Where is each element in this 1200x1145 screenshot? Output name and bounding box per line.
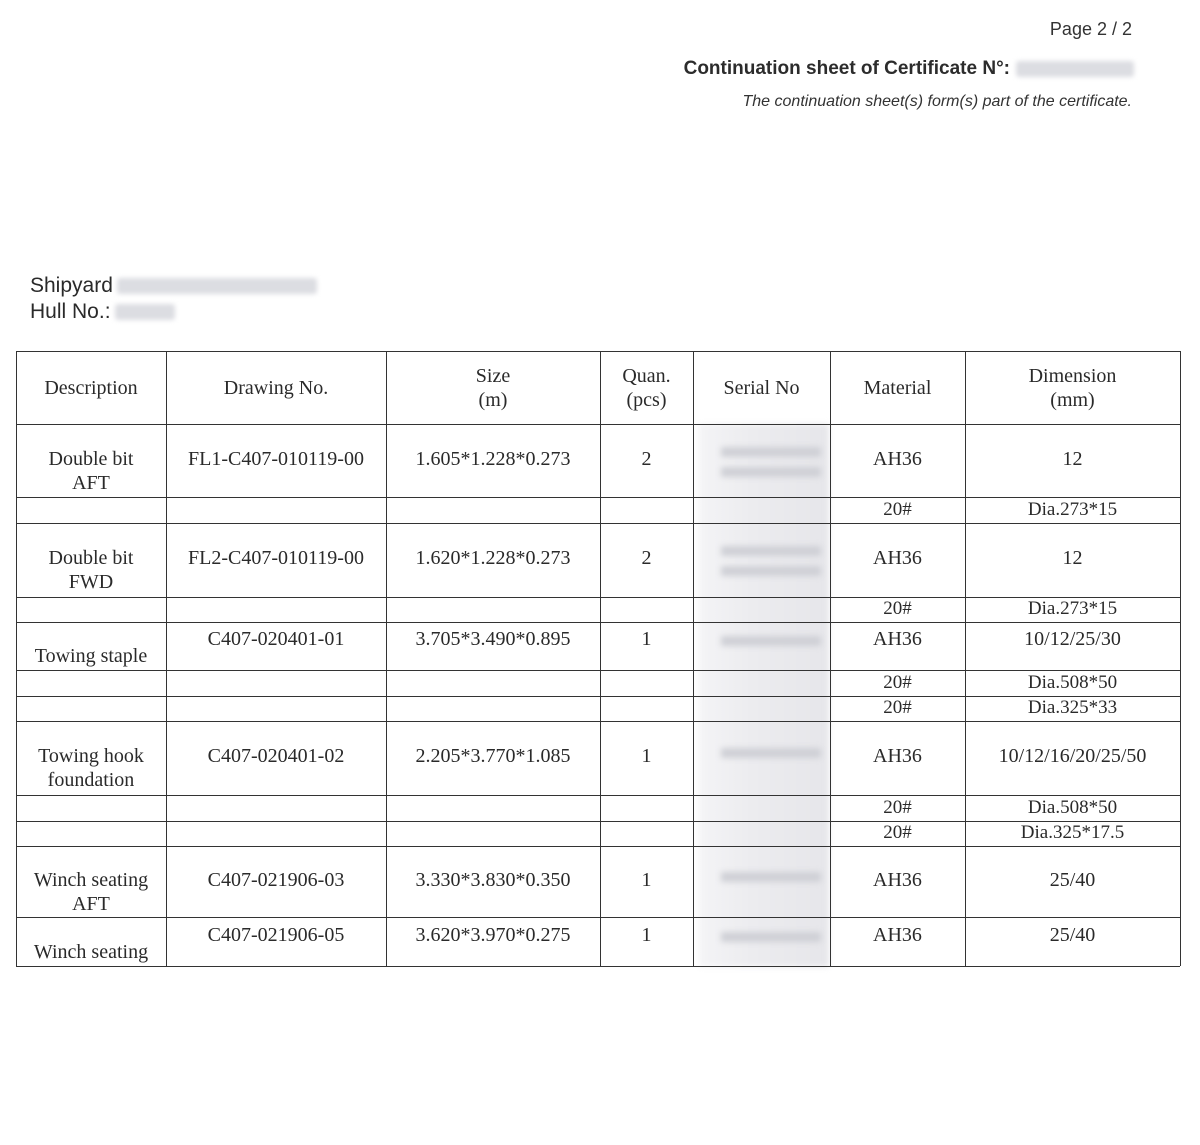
page-number: Page 2 / 2: [1050, 19, 1132, 40]
serial-no-redacted: [721, 932, 821, 942]
table-rule: [16, 497, 1180, 498]
table-rule: [16, 966, 1180, 967]
item-drawing-no: C407-020401-02: [166, 719, 386, 793]
table-rule: [16, 795, 1180, 796]
table-rule: [386, 351, 387, 966]
sub-dimension: Dia.508*50: [965, 670, 1180, 696]
table-rule: [830, 351, 831, 966]
sub-dimension: Dia.325*33: [965, 696, 1180, 722]
shipyard-value-redacted: [117, 278, 317, 294]
table-rule: [16, 670, 1180, 671]
item-dimension: 12: [965, 521, 1180, 595]
sub-dimension: Dia.273*15: [965, 497, 1180, 523]
certificate-number-redacted: [1016, 61, 1134, 77]
serial-no-redacted: [721, 546, 821, 556]
certificate-note: The continuation sheet(s) form(s) part o…: [743, 93, 1133, 111]
item-dimension: 25/40: [965, 844, 1180, 915]
table-rule: [16, 351, 1180, 352]
sub-dimension: Dia.325*17.5: [965, 821, 1180, 847]
hull-row: Hull No.:: [30, 299, 317, 325]
table-rule: [166, 351, 167, 966]
table-rule: [16, 846, 1180, 847]
item-drawing-no: C407-021906-03: [166, 844, 386, 915]
table-rule: [16, 597, 1180, 598]
serial-no-redacted: [721, 447, 821, 457]
item-drawing-no: FL1-C407-010119-00: [166, 422, 386, 495]
certificate-label: Continuation sheet of Certificate N°:: [684, 58, 1010, 80]
item-quantity: 1: [600, 719, 693, 793]
shipyard-row: Shipyard: [30, 273, 317, 299]
hull-label: Hull No.:: [30, 299, 111, 325]
table-rule: [600, 351, 601, 966]
col-quantity-header: Quan. (pcs): [600, 351, 693, 424]
item-material: AH36: [830, 719, 965, 793]
item-quantity: 2: [600, 422, 693, 495]
table-rule: [16, 351, 17, 966]
shipyard-label: Shipyard: [30, 273, 113, 299]
item-description: Double bit FWD: [16, 533, 166, 607]
sub-material: 20#: [830, 670, 965, 696]
table-rule: [1180, 351, 1181, 966]
col-description-header: Description: [16, 351, 166, 424]
serial-no-redacted: [721, 636, 821, 646]
table-rule: [16, 523, 1180, 524]
item-dimension: 12: [965, 422, 1180, 495]
item-drawing-no: FL2-C407-010119-00: [166, 521, 386, 595]
item-size: 3.330*3.830*0.350: [386, 844, 600, 915]
col-size-header: Size (m): [386, 351, 600, 424]
table-rule: [16, 821, 1180, 822]
table-rule: [16, 424, 1180, 425]
item-material: AH36: [830, 844, 965, 915]
table-rule: [693, 351, 694, 966]
certificate-table: DescriptionDrawing No.Size (m)Quan. (pcs…: [16, 351, 1181, 967]
serial-no-redacted: [721, 872, 821, 882]
item-size: 2.205*3.770*1.085: [386, 719, 600, 793]
table-rule: [16, 917, 1180, 918]
table-rule: [16, 622, 1180, 623]
table-rule: [16, 696, 1180, 697]
item-size: 1.620*1.228*0.273: [386, 521, 600, 595]
certificate-heading: Continuation sheet of Certificate N°:: [684, 58, 1134, 80]
sub-material: 20#: [830, 696, 965, 722]
item-material: AH36: [830, 422, 965, 495]
sub-dimension: Dia.508*50: [965, 795, 1180, 821]
col-material-header: Material: [830, 351, 965, 424]
item-description: Winch seating: [16, 927, 166, 976]
item-size: 1.605*1.228*0.273: [386, 422, 600, 495]
serial-no-redacted: [721, 748, 821, 758]
serial-no-redacted: [721, 467, 821, 477]
item-dimension: 10/12/16/20/25/50: [965, 719, 1180, 793]
serial-no-redacted: [721, 566, 821, 576]
col-serial-no-header: Serial No: [693, 351, 830, 424]
sub-material: 20#: [830, 821, 965, 847]
hull-value-redacted: [115, 304, 175, 320]
project-info: Shipyard Hull No.:: [30, 273, 317, 325]
item-material: AH36: [830, 521, 965, 595]
table-rule: [16, 721, 1180, 722]
item-quantity: 1: [600, 844, 693, 915]
table-rule: [965, 351, 966, 966]
item-quantity: 2: [600, 521, 693, 595]
item-description: Towing hook foundation: [16, 731, 166, 805]
sub-material: 20#: [830, 497, 965, 523]
col-dimension-header: Dimension (mm): [965, 351, 1180, 424]
item-description: Towing staple: [16, 632, 166, 680]
col-drawing-no-header: Drawing No.: [166, 351, 386, 424]
sub-material: 20#: [830, 795, 965, 821]
